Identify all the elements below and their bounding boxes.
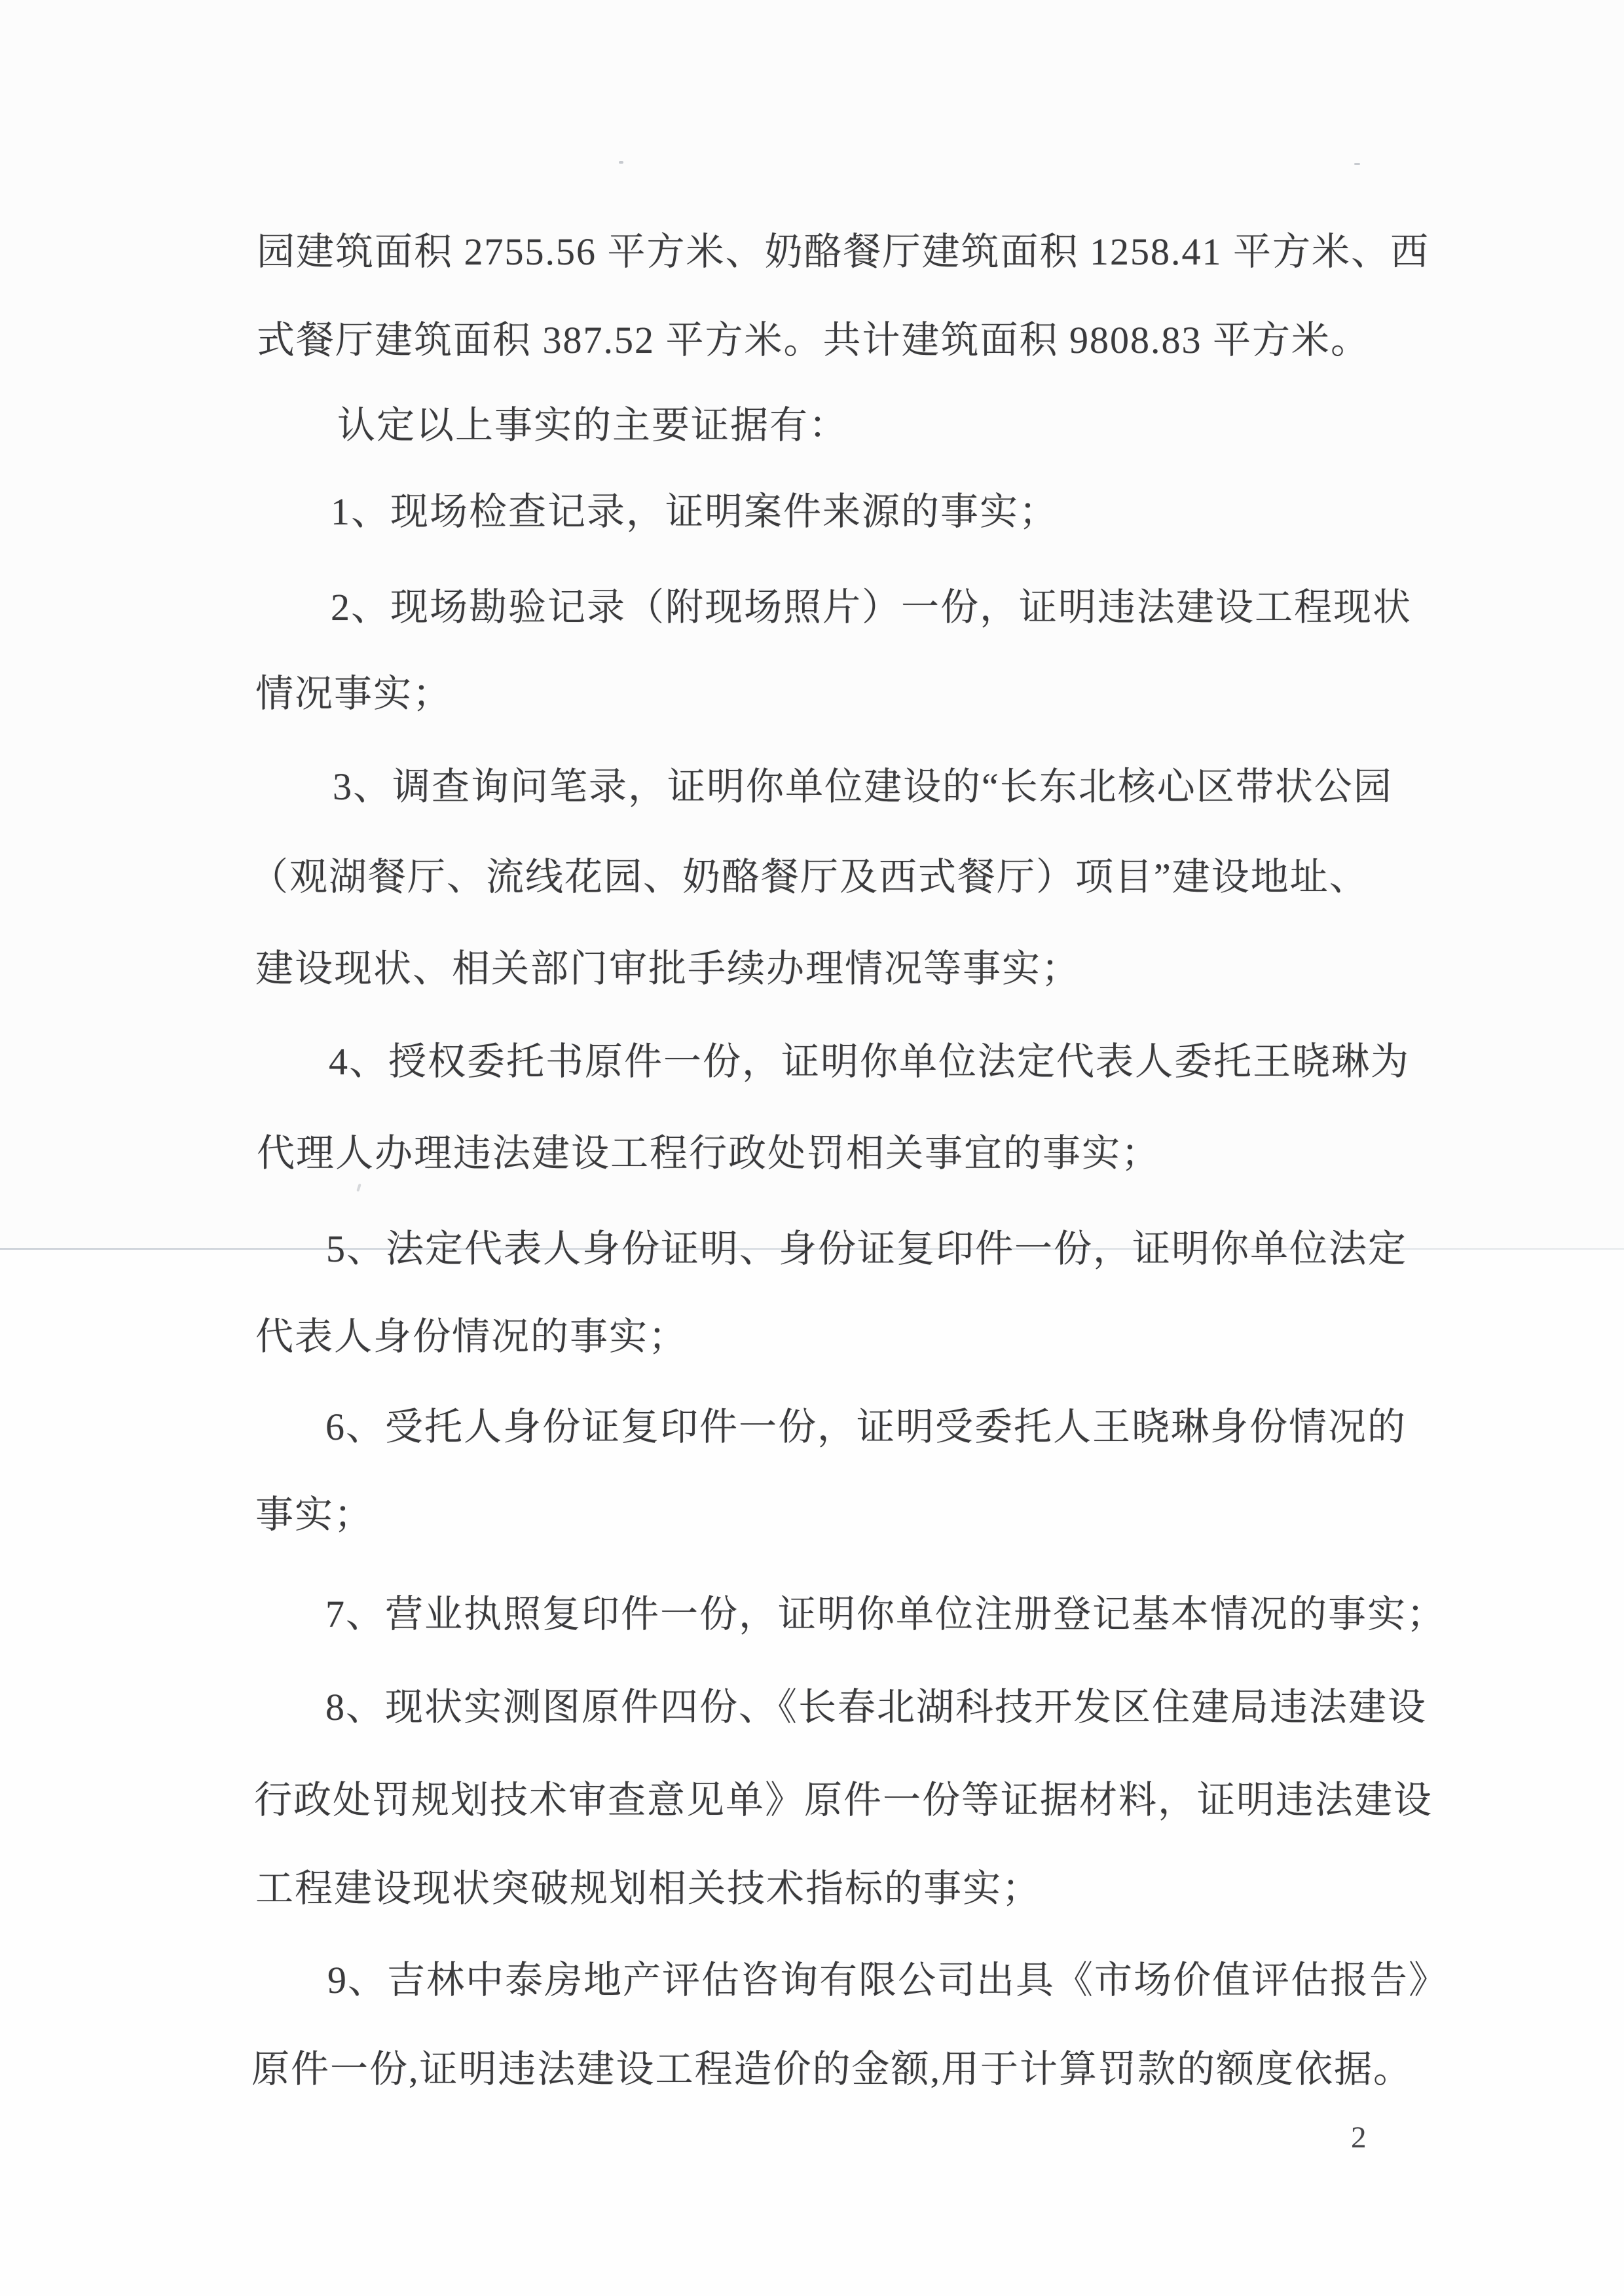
scan-speck	[619, 161, 623, 164]
text-line: 工程建设现状突破规划相关技术指标的事实；	[255, 1869, 1041, 1908]
text-line: （观湖餐厅、流线花园、奶酪餐厅及西式餐厅）项目”建设地址、	[250, 858, 1369, 897]
text-line: 认定以上事实的主要证据有：	[337, 406, 848, 445]
text-line: 2、现场勘验记录（附现场照片）一份，证明违法建设工程现状	[331, 588, 1412, 627]
text-line: 1、现场检查记录，证明案件来源的事实；	[331, 492, 1058, 532]
text-line: 6、受托人身份证复印件一份，证明受委托人王晓琳身份情况的	[325, 1408, 1407, 1447]
text-line: 园建筑面积 2755.56 平方米、奶酪餐厅建筑面积 1258.41 平方米、西	[257, 232, 1430, 272]
text-line: 3、调查询问笔录，证明你单位建设的“长东北核心区带状公园	[333, 767, 1393, 807]
text-line: 建设现状、相关部门审批手续办理情况等事实；	[255, 949, 1080, 989]
text-line: 8、现状实测图原件四份、《长春北湖科技开发区住建局违法建设	[325, 1688, 1427, 1727]
page-number: 2	[1351, 2120, 1367, 2155]
text-line: 行政处罚规划技术审查意见单》原件一份等证据材料，证明违法建设	[254, 1781, 1433, 1820]
text-line: 原件一份,证明违法建设工程造价的金额,用于计算罚款的额度依据。	[251, 2050, 1412, 2089]
document-page: 园建筑面积 2755.56 平方米、奶酪餐厅建筑面积 1258.41 平方米、西…	[0, 0, 1624, 2296]
text-line: 5、法定代表人身份证明、身份证复印件一份，证明你单位法定	[326, 1230, 1407, 1269]
text-line: 9、吉林中泰房地产评估咨询有限公司出具《市场价值评估报告》	[327, 1961, 1448, 2000]
scan-speck	[1354, 163, 1360, 165]
text-line: 情况事实；	[255, 674, 452, 714]
text-line: 代理人办理违法建设工程行政处罚相关事宜的事实；	[257, 1134, 1160, 1173]
text-line: 4、授权委托书原件一份，证明你单位法定代表人委托王晓琳为	[329, 1042, 1410, 1082]
scan-speck	[356, 1184, 361, 1192]
text-line: 7、营业执照复印件一份，证明你单位注册登记基本情况的事实；	[325, 1595, 1446, 1634]
text-line: 代表人身份情况的事实；	[255, 1317, 688, 1357]
text-line: 事实；	[255, 1495, 373, 1535]
text-line: 式餐厅建筑面积 387.52 平方米。共计建筑面积 9808.83 平方米。	[257, 321, 1370, 360]
